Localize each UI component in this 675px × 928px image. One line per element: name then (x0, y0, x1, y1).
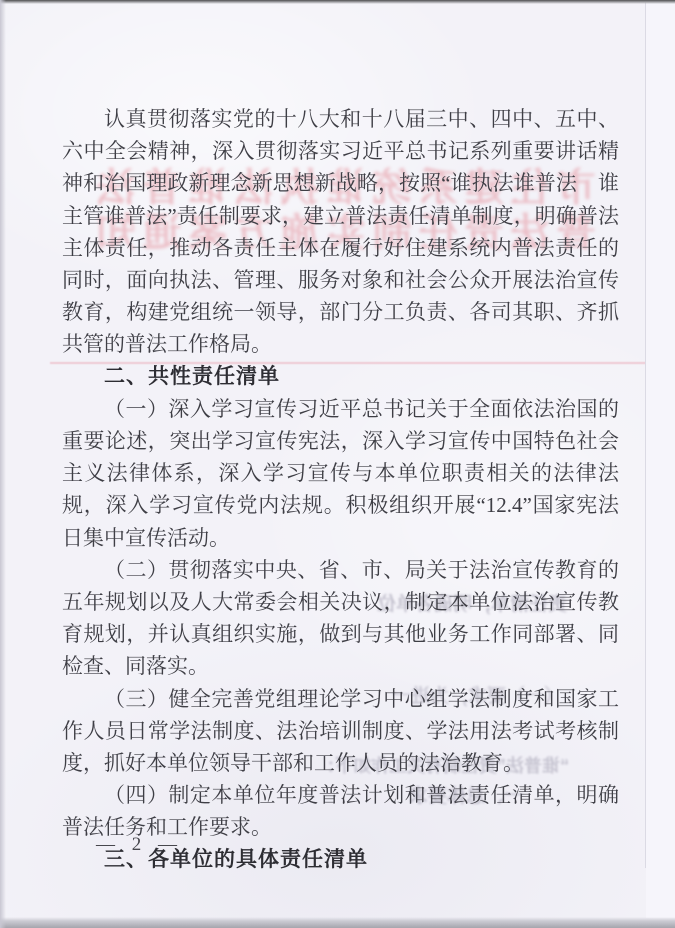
scan-left-edge (0, 0, 6, 928)
body-paragraph-item-1: （一）深入学习宣传习近平总书记关于全面依法治国的重要论述，突出学习宣传宪法，深入… (62, 393, 619, 554)
page-number: — 2 — (96, 834, 183, 856)
scan-bottom-edge (0, 917, 675, 928)
page-right-edge-line (645, 2, 646, 868)
page-right-margin-area (646, 0, 675, 918)
body-paragraph-item-3: （三）健全完善党组理论学习中心组学法制度和国家工作人员日常学法制度、法治培训制度… (62, 683, 619, 780)
scanned-document-page: 市住建系统谁执法谁普法 普法责任制实施方案通知 责任清单，明确各单位 （一）要求… (0, 0, 675, 928)
scan-top-edge (0, 0, 675, 4)
body-paragraph-item-2: （二）贯彻落实中央、省、市、局关于法治宣传教育的五年规划以及人大常委会相关决议，… (62, 554, 619, 683)
section-heading-common-duties: 二、共性责任清单 (62, 361, 619, 393)
body-paragraph-intro: 认真贯彻落实党的十八大和十八届三中、四中、五中、六中全会精神，深入贯彻落实习近平… (62, 103, 619, 361)
document-body: 认真贯彻落实党的十八大和十八届三中、四中、五中、六中全会精神，深入贯彻落实习近平… (62, 103, 619, 876)
